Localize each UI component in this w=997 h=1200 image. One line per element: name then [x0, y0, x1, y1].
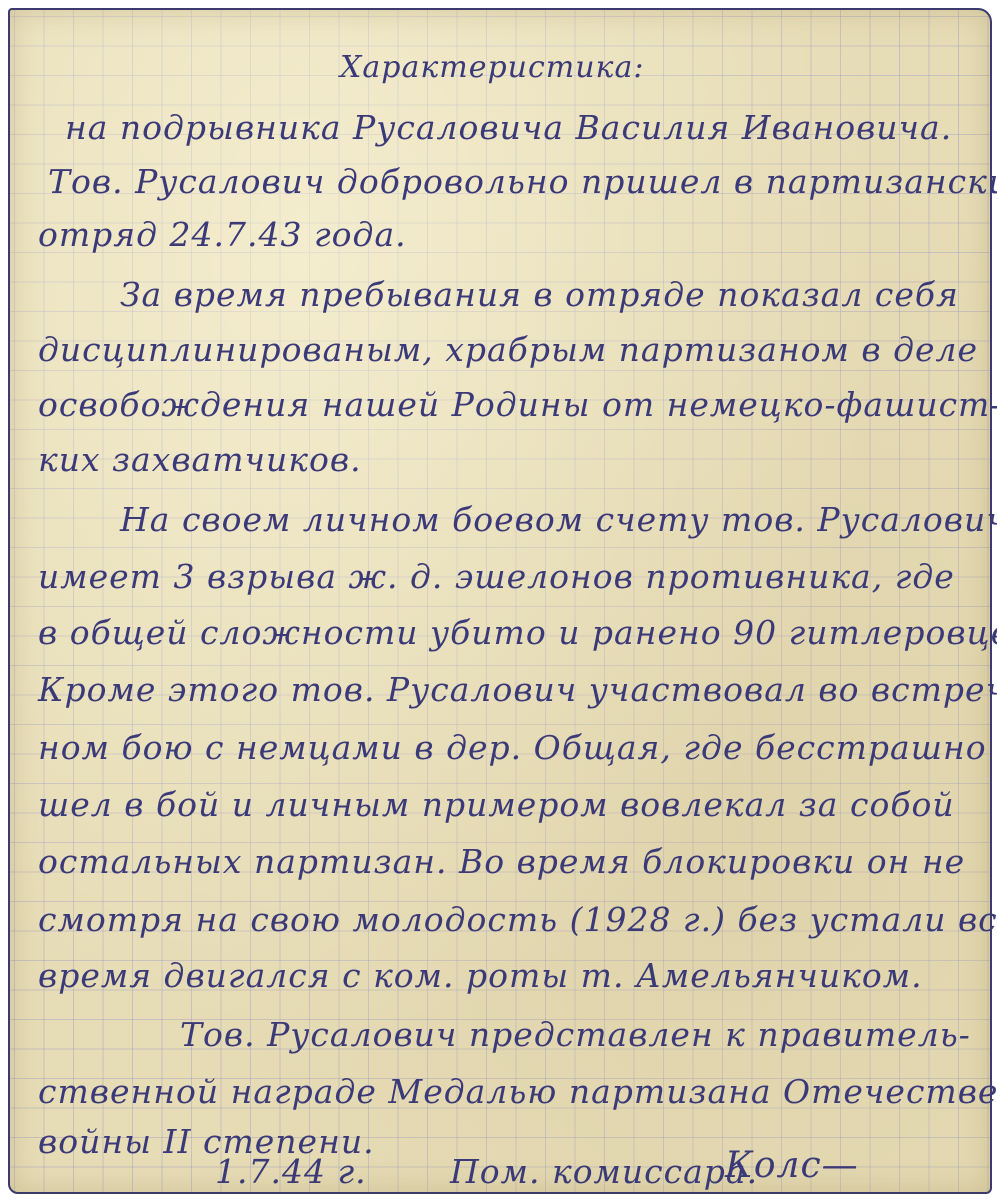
text-line: отряд 24.7.43 года.	[38, 215, 407, 254]
text-line: имеет 3 взрыва ж. д. эшелонов противника…	[38, 557, 955, 596]
text-line: остальных партизан. Во время блокировки …	[38, 842, 965, 881]
text-line: шел в бой и личным примером вовлекал за …	[38, 785, 955, 824]
text-line: За время пребывания в отряде показал себ…	[120, 275, 959, 314]
text-line: ном бою с немцами в дер. Общая, где бесс…	[38, 728, 987, 767]
text-line: смотря на свою молодость (1928 г.) без у…	[38, 900, 997, 939]
text-line: Тов. Русалович представлен к правитель-	[180, 1015, 971, 1054]
text-line: дисциплинированым, храбрым партизаном в …	[38, 330, 978, 369]
text-line: На своем личном боевом счету тов. Русало…	[120, 500, 997, 539]
text-line: Кроме этого тов. Русалович участвовал во…	[38, 670, 997, 709]
document-subtitle: на подрывника Русаловича Василия Иванови…	[65, 108, 952, 147]
document-date: 1.7.44 г.	[215, 1152, 367, 1191]
signature-label: Пом. комиссара.	[450, 1152, 758, 1191]
text-line: ственной награде Медалью партизана Отече…	[38, 1072, 997, 1111]
signature: Колс—	[725, 1145, 859, 1186]
grid-paper-sheet: Характеристика: на подрывника Русаловича…	[8, 8, 992, 1194]
text-line: время двигался с ком. роты т. Амельянчик…	[38, 956, 923, 995]
text-line: Тов. Русалович добровольно пришел в парт…	[48, 162, 997, 201]
text-line: в общей сложности убито и ранено 90 гитл…	[38, 613, 997, 652]
text-line: ких захватчиков.	[38, 440, 362, 479]
document-title: Характеристика:	[340, 50, 644, 85]
text-line: освобождения нашей Родины от немецко-фаш…	[38, 385, 997, 424]
